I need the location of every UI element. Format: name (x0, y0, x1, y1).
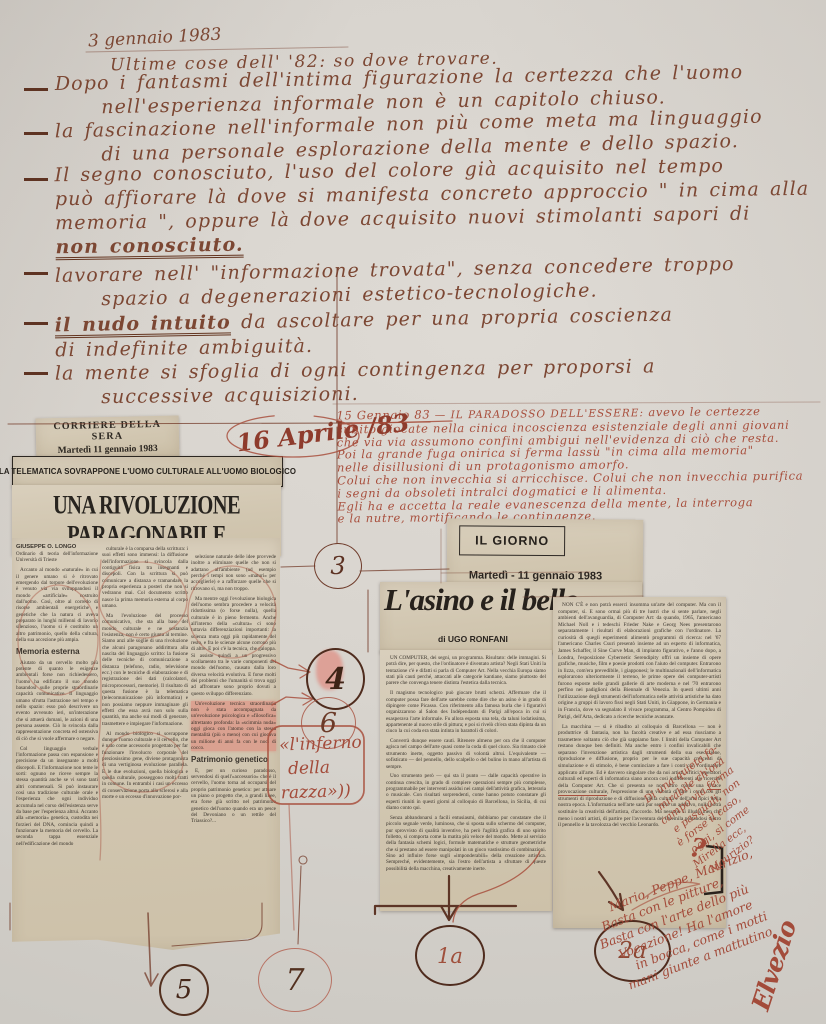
article-paragraph: Al mondo biologico si sovrappone dunque … (102, 731, 188, 801)
corriere-subhead-patrimonio-genetico: Patrimonio genetico (191, 755, 276, 765)
corriere-masthead: CORRIERE DELLA SERA (40, 419, 175, 444)
collage-page: 3 gennaio 1983 Ultime cose dell' '82: so… (0, 0, 826, 1024)
article-paragraph: Ma mentre oggi l'evoluzione biologica de… (191, 596, 276, 698)
corriere-article-clip: GIUSEPPE O. LONGO Ordinario di teoria de… (12, 538, 280, 950)
corriere-col2: culturale è la comparsa della scrittura:… (102, 546, 188, 804)
article-paragraph: selezione naturale delle idee provvede i… (191, 554, 276, 592)
note-date: 3 gennaio 1983 (88, 25, 222, 52)
bullet-dash (24, 372, 48, 375)
giorno-article-clip: UN COMPUTER, dei segni, un programma. Ri… (380, 650, 552, 911)
corriere-byline-name: GIUSEPPE O. LONGO (16, 544, 98, 551)
giorno-masthead: IL GIORNO (459, 525, 565, 556)
circled-number-7: 7 (258, 948, 332, 1012)
note-bullet-3: Il segno conosciuto, l'uso del colore gi… (54, 153, 810, 261)
circled-number-1a: 1a (415, 925, 485, 986)
bullet-dash (24, 272, 48, 275)
article-paragraph: Accanto al mondo «naturale» in cui il ge… (16, 567, 98, 643)
giorno-date: Martedì - 11 gennaio 1983 (469, 569, 602, 582)
corriere-col3: selezione naturale delle idee provvede i… (191, 554, 276, 828)
article-paragraph: Col linguaggio verbale l'informazione pa… (16, 746, 98, 848)
bullet-dash (24, 132, 48, 135)
article-paragraph: Il magismo tecnologico può giocare brutt… (386, 690, 546, 734)
note-bullet-6: la mente si sfoglia di ogni contingenza … (55, 354, 656, 409)
article-paragraph: Aiutato da un cervello molto più potente… (16, 660, 98, 742)
giorno-byline: di UGO RONFANI (438, 634, 508, 644)
article-paragraph: Senza abbandonarsi a facili entusiasmi, … (386, 815, 546, 872)
article-paragraph-highlighted: Un'evoluzione tecnica straordinaria non … (191, 701, 276, 752)
article-paragraph: Ma l'evoluzione del processo comunicativ… (102, 613, 188, 727)
article-paragraph: Uno strumento però — qui sta il punto — … (386, 773, 546, 811)
circled-number-5: 5 (159, 964, 209, 1016)
corriere-masthead-clip: CORRIERE DELLA SERA Martedì 11 gennaio 1… (36, 416, 180, 460)
corriere-subhead-memoria-esterna: Memoria esterna (16, 647, 98, 657)
bullet-dash (24, 178, 48, 181)
bullet-dash (24, 88, 48, 91)
note-bullet-5: il nudo intuito da ascoltare per una pro… (55, 303, 674, 363)
note-line-underlined: non conosciuto. (55, 235, 243, 261)
corriere-date: Martedì 11 gennaio 1983 (40, 444, 175, 457)
article-paragraph: NON C'È e non potrà esserci insomma un'a… (558, 602, 721, 720)
corriere-col1: GIUSEPPE O. LONGO Ordinario di teoria de… (16, 544, 98, 851)
article-paragraph: E, per un curioso paradosso, servendosi … (191, 768, 276, 825)
circled-number-3: 3 (314, 543, 362, 589)
corriere-byline-role: Ordinario di teoria dell'informazione Un… (16, 552, 98, 564)
giorno-colA: UN COMPUTER, dei segni, un programma. Ri… (386, 655, 546, 876)
giorno-headline: L'asino e il bello (384, 582, 579, 618)
article-paragraph: Converrà dunque essere cauti. Ritenere a… (386, 738, 546, 770)
note-phrase-underlined: il nudo intuito (55, 312, 231, 338)
boxed-red-note: «l'inferno della razza»)) (279, 731, 364, 806)
article-paragraph: UN COMPUTER, dei segni, un programma. Ri… (386, 655, 546, 687)
corriere-kicker: LA TELEMATICA SOVRAPPONE L'UOMO CULTURAL… (12, 456, 283, 487)
bullet-dash (24, 322, 48, 325)
article-paragraph: culturale è la comparsa della scrittura:… (102, 546, 188, 609)
